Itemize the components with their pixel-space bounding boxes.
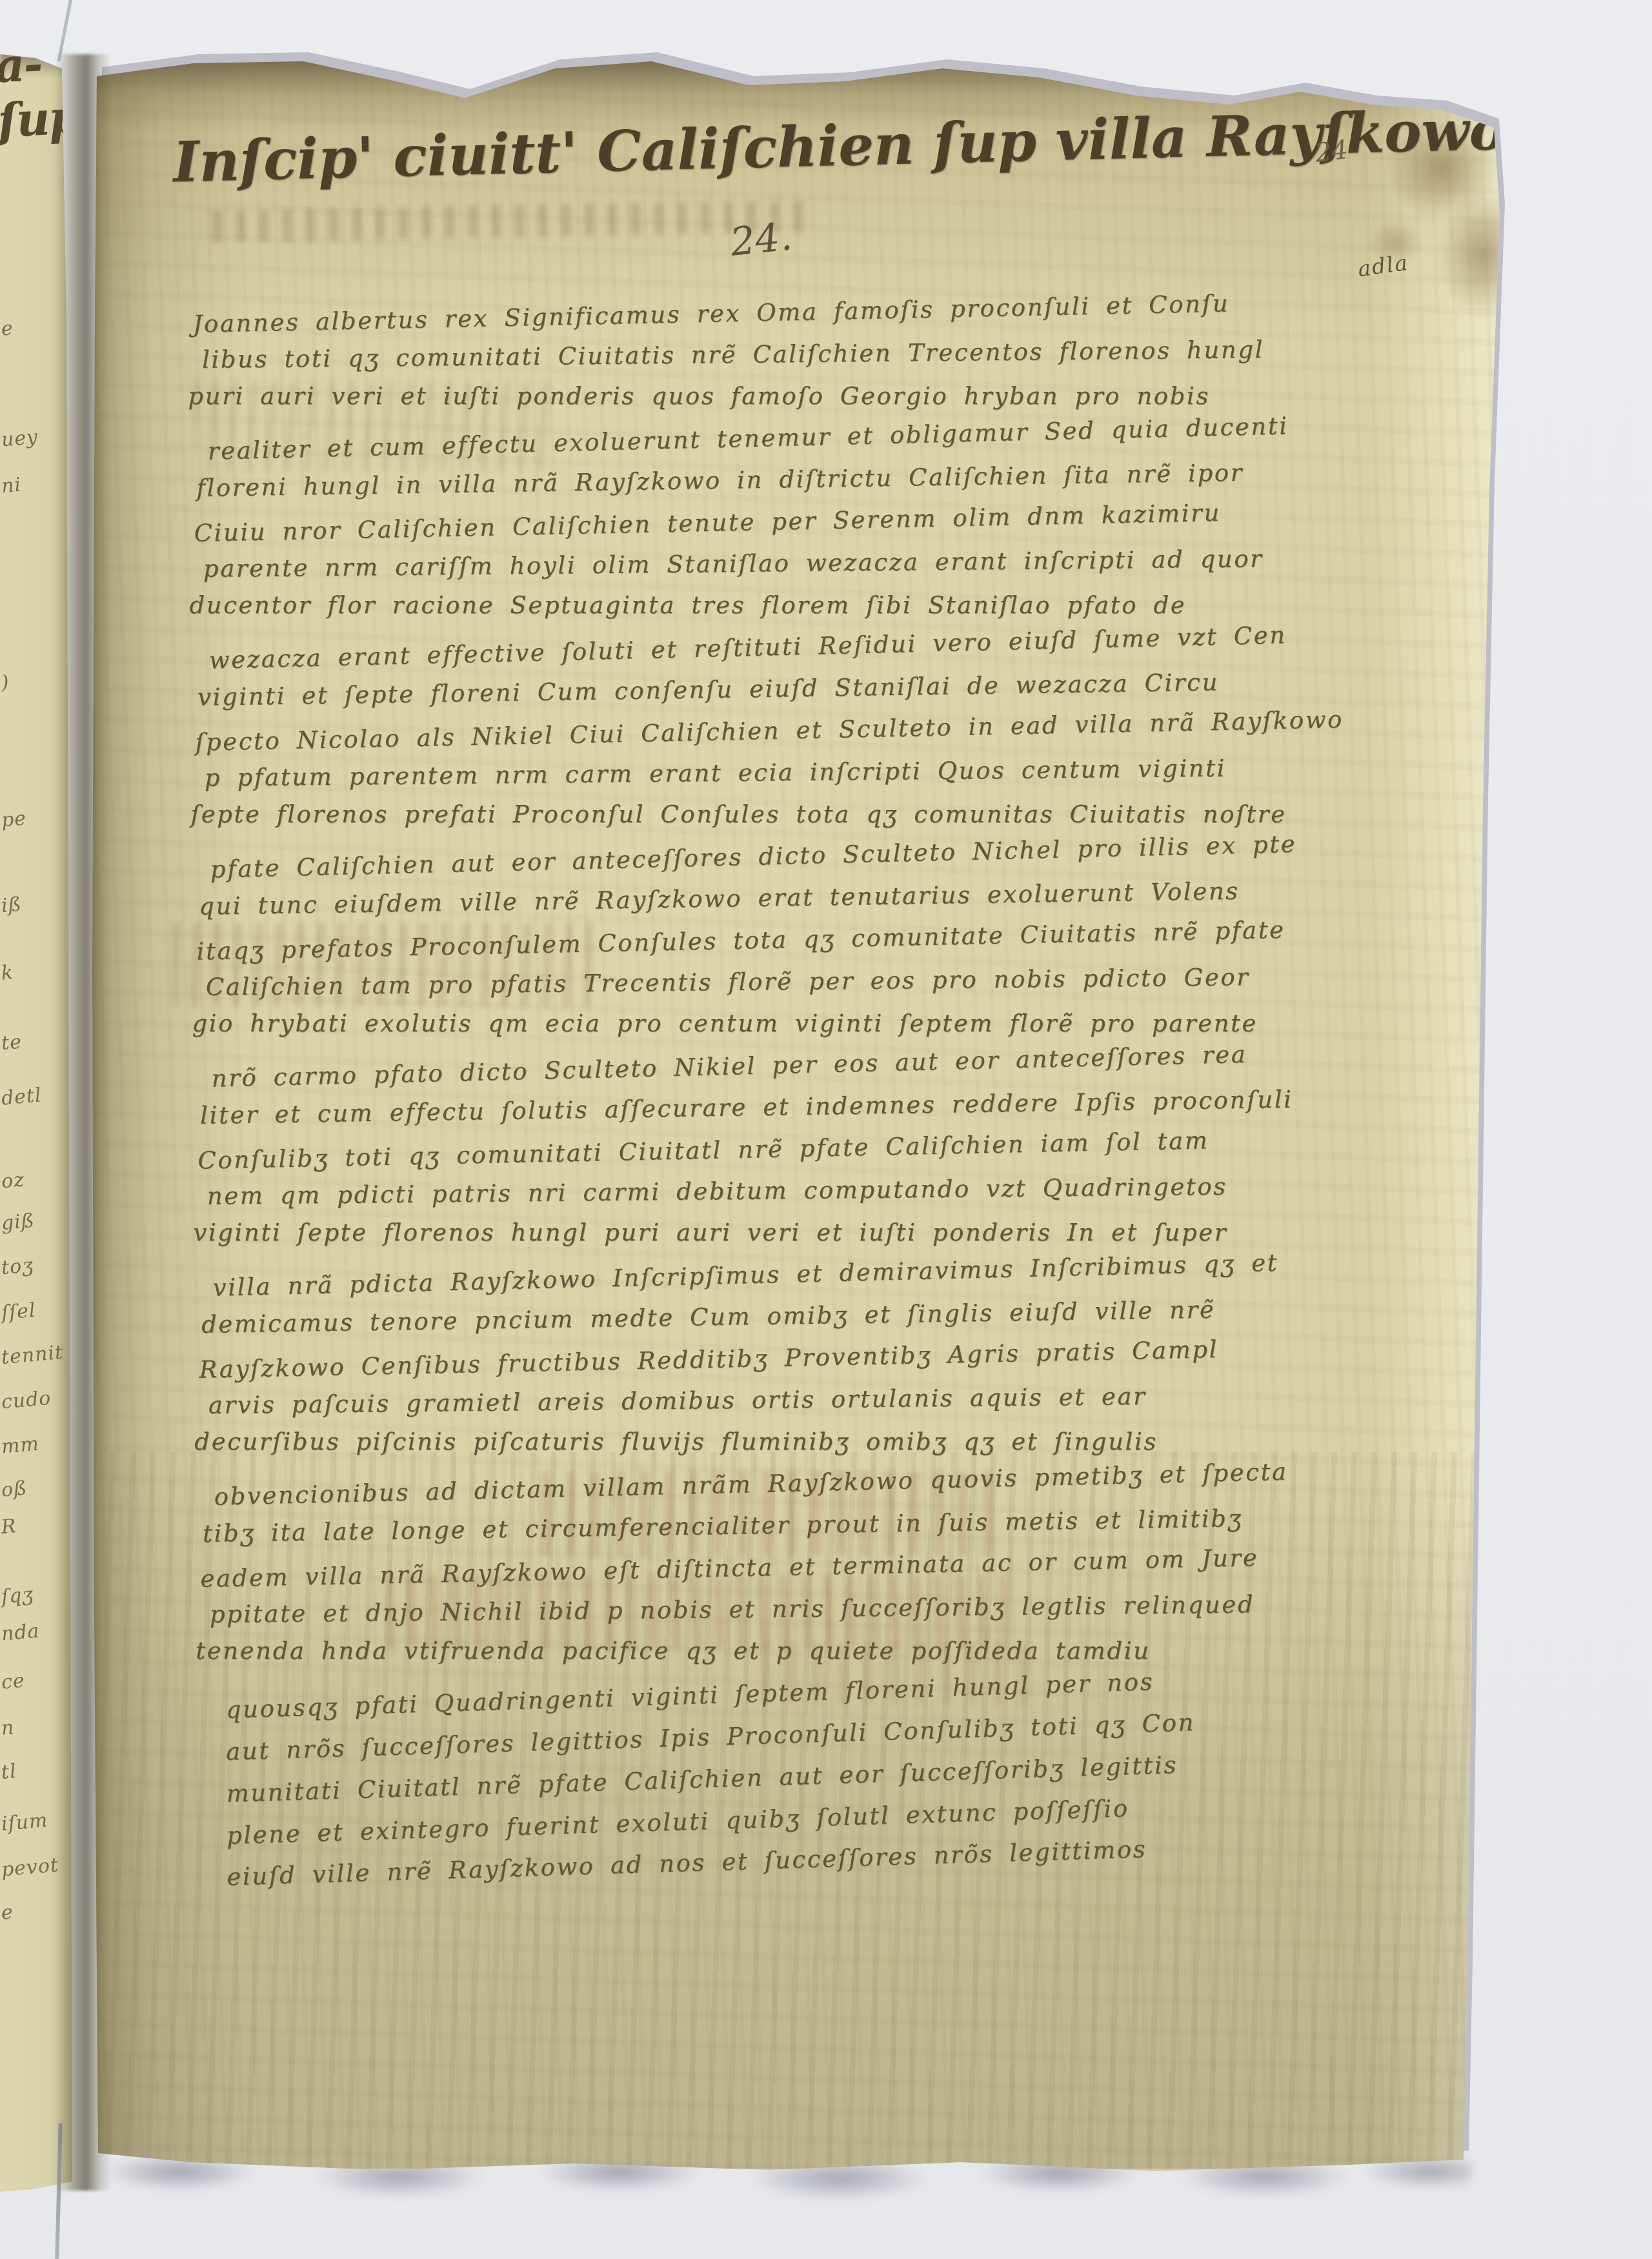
folio-number: 24 — [1313, 135, 1349, 168]
text-fragment: e — [1, 1901, 15, 1925]
text-fragment: tennit — [1, 1341, 65, 1369]
text-fragment: mm — [1, 1432, 41, 1458]
text-fragment: toʒ — [1, 1254, 35, 1279]
text-fragment: ſſel — [1, 1299, 37, 1325]
scanned-manuscript-photo: a-ſup e uey ni ) pe iß k te detl oz giß … — [0, 0, 1652, 2259]
text-fragment: oß — [1, 1477, 28, 1501]
text-fragment: iſum — [1, 1809, 49, 1836]
text-fragment: te — [1, 1031, 23, 1055]
marginal-note: adla — [1356, 250, 1411, 282]
text-fragment: ) — [0, 671, 10, 694]
binding-gutter — [55, 54, 111, 2191]
text-fragment: uey — [1, 426, 39, 452]
text-fragment: giß — [1, 1210, 36, 1235]
manuscript-body-text: Joannes albertus rex Significamus rex Om… — [187, 294, 1410, 1891]
page-number: 24. — [729, 214, 794, 265]
text-fragment: oz — [1, 1169, 26, 1193]
text-fragment: pe — [1, 807, 28, 831]
text-fragment: ſqʒ — [1, 1583, 35, 1608]
text-fragment: pevot — [1, 1854, 60, 1881]
text-fragment: ce — [1, 1669, 26, 1694]
text-fragment: n — [1, 1716, 15, 1740]
text-fragment: detl — [1, 1084, 43, 1109]
ink-bleedthrough-mark — [213, 200, 807, 243]
text-fragment: ni — [1, 474, 23, 498]
text-fragment: e — [1, 317, 15, 341]
text-fragment: iß — [1, 893, 23, 918]
backing-sheet-edge — [57, 0, 73, 62]
text-fragment: tl — [1, 1760, 18, 1784]
rubric-header: Inſcip' ciuitt' Caliſchien ſup villa Ray… — [172, 97, 1503, 195]
manuscript-page: Inſcip' ciuitt' Caliſchien ſup villa Ray… — [0, 0, 1652, 2259]
text-fragment: R — [1, 1515, 18, 1539]
text-fragment: nda — [1, 1619, 41, 1645]
text-fragment: cudo — [1, 1387, 52, 1414]
text-fragment: k — [1, 961, 15, 985]
